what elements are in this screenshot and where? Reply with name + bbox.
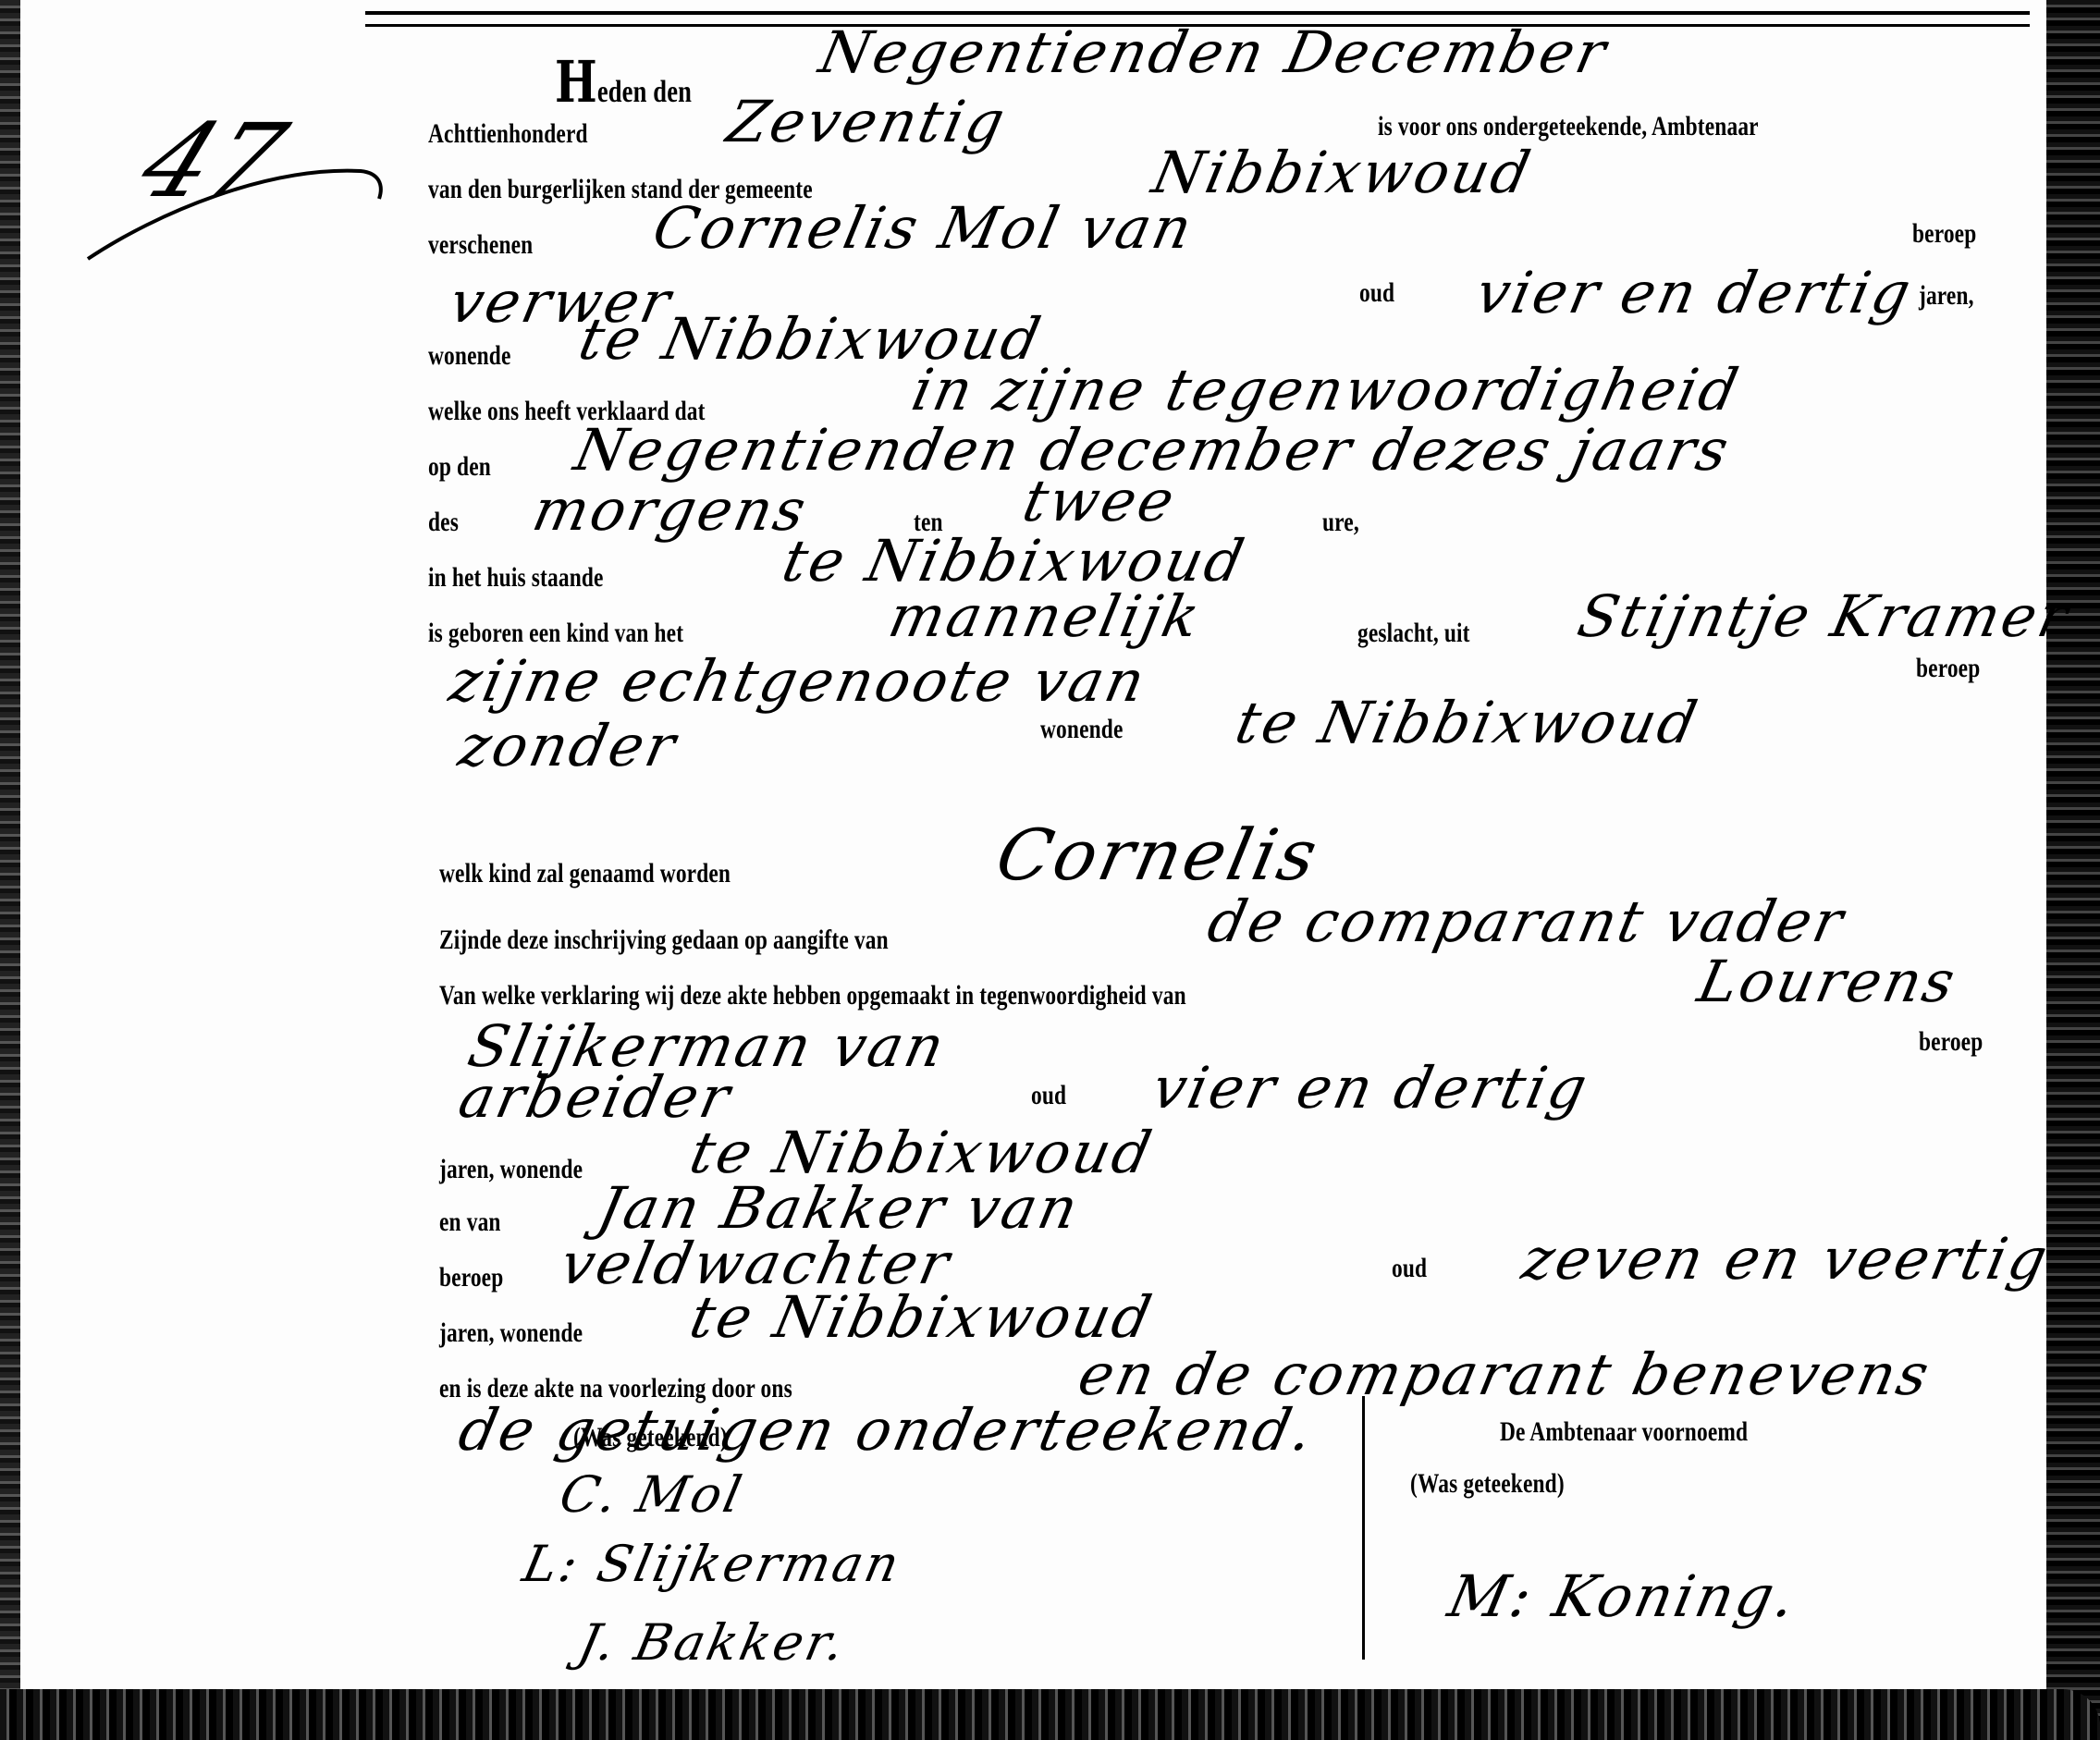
hw-declarant: de comparant vader (1202, 888, 1851, 955)
hw-declaration: in zijne tegenwoordigheid (906, 356, 1747, 423)
form-was-geteekend-right: (Was geteekend) (1410, 1468, 1565, 1500)
form-achttienhonderd: Achttienhonderd (428, 118, 588, 150)
form-wonende-2: wonende (1040, 714, 1124, 745)
hw-witness1-first: Lourens (1692, 948, 1963, 1015)
signature-j-bakker: J. Bakker. (573, 1613, 853, 1672)
form-en-van: en van (439, 1207, 501, 1238)
form-ure: ure, (1322, 507, 1359, 538)
hw-father-name: Cornelis Mol van (647, 194, 1200, 262)
signature-m-koning: M: Koning. (1443, 1562, 1804, 1630)
form-welk-kind: welk kind zal genaamd worden (439, 858, 731, 889)
signature-divider (1362, 1396, 1365, 1660)
form-verschenen: verschenen (428, 229, 533, 261)
form-heden-den: Heden den (555, 48, 692, 116)
hw-mother-occupation: zonder (453, 712, 683, 779)
form-van-welke: Van welke verklaring wij deze akte hebbe… (439, 980, 1186, 1011)
signature-c-mol: C. Mol (555, 1465, 749, 1524)
form-in-het-huis: in het huis staande (428, 562, 604, 594)
form-oud-1: oud (1359, 277, 1394, 309)
form-des: des (428, 507, 459, 538)
hw-child-name: Cornelis (989, 814, 1327, 896)
form-zijnde: Zijnde deze inschrijving gedaan op aangi… (439, 925, 889, 956)
form-jaren-wonende-1: jaren, wonende (439, 1154, 583, 1185)
hw-year: Zeventig (721, 88, 1013, 155)
form-wonende-1: wonende (428, 340, 511, 372)
hw-time-of-day: morgens (527, 476, 814, 544)
hw-witness1-age: vier en dertig (1147, 1054, 1595, 1121)
form-beroep-1: beroep (1912, 218, 1976, 250)
hw-hour: twee (1017, 467, 1183, 534)
form-op-den: op den (428, 451, 491, 483)
scan-bottom-edge (0, 1689, 2100, 1740)
form-jaren-1: jaren, (1919, 280, 1974, 312)
hw-mother-name: Stijntje Kramer (1572, 582, 2076, 650)
scan-left-edge (0, 0, 20, 1740)
form-oud-3: oud (1392, 1253, 1427, 1284)
hw-witness2-age: zeven en veertig (1517, 1225, 2056, 1293)
hw-sex: mannelijk (883, 582, 1208, 650)
form-beroep-3: beroep (1919, 1026, 1983, 1058)
form-geslacht-uit: geslacht, uit (1357, 618, 1470, 649)
hw-father-age: vier en dertig (1470, 259, 1919, 326)
form-is-voor-ons: is voor ons ondergeteekende, Ambtenaar (1378, 111, 1759, 142)
form-oud-2: oud (1031, 1080, 1066, 1111)
hw-date: Negentienden December (814, 18, 1615, 86)
form-is-geboren: is geboren een kind van het (428, 618, 683, 649)
hw-mother-residence: te Nibbixwoud (1230, 689, 1705, 756)
form-beroep-2: beroep (1916, 653, 1980, 684)
form-ambtenaar-voornoemd: De Ambtenaar voornoemd (1500, 1416, 1748, 1448)
scan-right-edge (2046, 0, 2100, 1740)
form-beroep-4: beroep (439, 1262, 503, 1293)
hw-municipality: Nibbixwoud (1147, 139, 1539, 206)
form-jaren-wonende-2: jaren, wonende (439, 1317, 583, 1349)
margin-flourish-icon (83, 157, 388, 268)
form-was-geteekend-left: (Was geteekend) (573, 1422, 728, 1453)
hw-mother-relation: zijne echtgenoote van (444, 647, 1153, 715)
signature-l-slijkerman: L: Slijkerman (518, 1535, 907, 1593)
hw-witness1-occupation: arbeider (453, 1063, 738, 1131)
